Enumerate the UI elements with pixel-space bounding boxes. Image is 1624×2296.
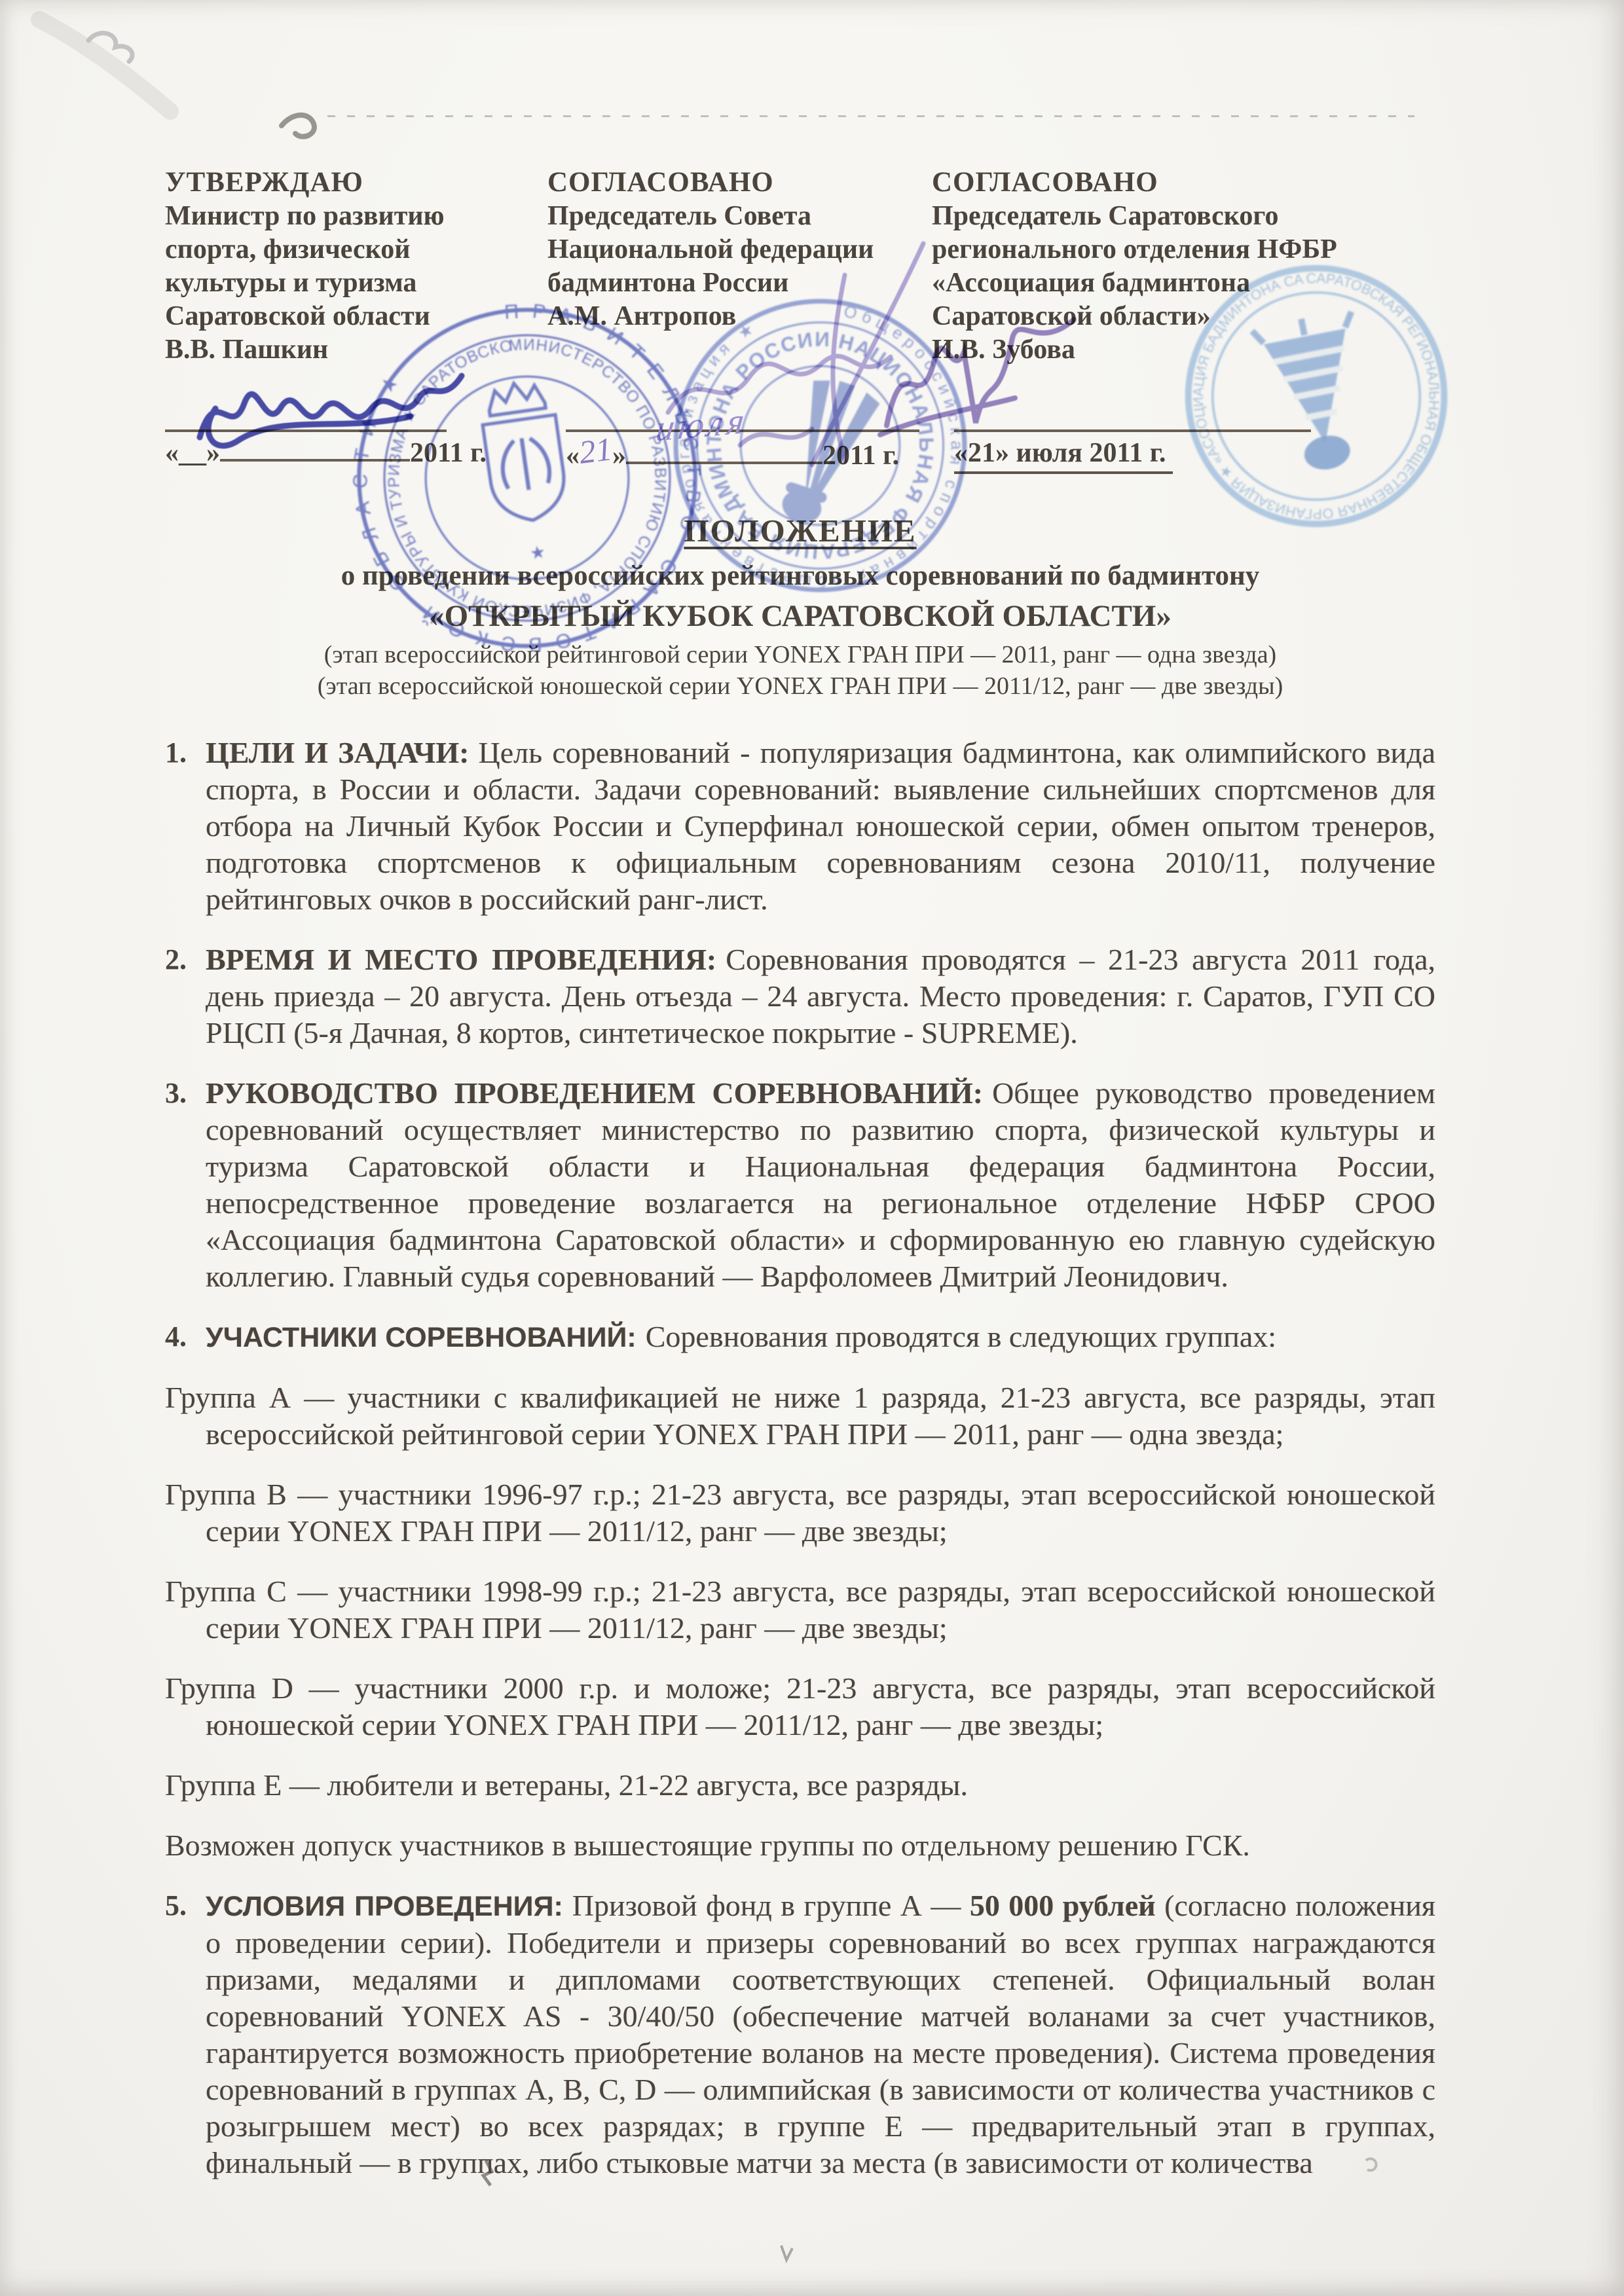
section-number: 5. — [165, 1887, 206, 2181]
section-conditions: 5. УСЛОВИЯ ПРОВЕДЕНИЯ:Призовой фонд в гр… — [165, 1887, 1435, 2181]
series-note-junior: (этап всероссийской юношеской серии YONE… — [165, 672, 1435, 701]
section-paragraph: (согласно положения о проведении серии).… — [206, 1889, 1435, 2179]
group-d-paragraph: Группа D — участники 2000 г.р. и моложе;… — [165, 1670, 1435, 1743]
approval-line: А.М. Антропов — [547, 300, 932, 333]
handwritten-day: 21 — [578, 431, 614, 469]
approval-line: культуры и туризма — [165, 266, 547, 300]
date-lines-row: «__»2011 г. «21»июля2011 г. «21» июля 20… — [165, 429, 1435, 474]
section-text: РУКОВОДСТВО ПРОВЕДЕНИЕМ СОРЕВНОВАНИЙ:Общ… — [206, 1075, 1435, 1295]
section-text: УЧАСТНИКИ СОРЕВНОВАНИЙ:Соревнования пров… — [206, 1319, 1435, 1356]
approval-header: УТВЕРЖДАЮ Министр по развитию спорта, фи… — [165, 166, 1435, 367]
tournament-name: «ОТКРЫТЫЙ КУБОК САРАТОВСКОЙ ОБЛАСТИ» — [165, 598, 1435, 634]
group-e-paragraph: Группа Е — любители и ветераны, 21-22 ав… — [165, 1767, 1435, 1804]
section-paragraph: Соревнования проводятся в следующих груп… — [646, 1320, 1276, 1353]
document-title: ПОЛОЖЕНИЕ — [165, 512, 1435, 549]
document-subtitle: о проведении всероссийских рейтинговых с… — [165, 560, 1435, 592]
scanned-document-page: УТВЕРЖДАЮ Министр по развитию спорта, фи… — [0, 0, 1624, 2296]
approval-line: Министр по развитию — [165, 200, 547, 233]
date-line: «21»июля2011 г. — [566, 436, 932, 473]
title-block: ПОЛОЖЕНИЕ о проведении всероссийских рей… — [165, 512, 1435, 701]
approval-line: «Ассоциация бадминтона — [932, 266, 1435, 300]
section-heading: УЧАСТНИКИ СОРЕВНОВАНИЙ: — [206, 1322, 637, 1353]
section-management: 3. РУКОВОДСТВО ПРОВЕДЕНИЕМ СОРЕВНОВАНИЙ:… — [165, 1075, 1435, 1295]
document-content: УТВЕРЖДАЮ Министр по развитию спорта, фи… — [0, 0, 1624, 2181]
approval-line: Национальной федерации — [547, 233, 932, 266]
section-goals: 1. ЦЕЛИ И ЗАДАЧИ:Цель соревнований - поп… — [165, 735, 1435, 918]
section-text: ЦЕЛИ И ЗАДАЧИ:Цель соревнований - популя… — [206, 735, 1435, 918]
approval-line: Председатель Совета — [547, 200, 932, 233]
date-blank-line: июля — [626, 439, 822, 464]
date-close-quote: » — [612, 441, 626, 471]
date-open-quote: « — [566, 441, 580, 471]
section-participants: 4. УЧАСТНИКИ СОРЕВНОВАНИЙ:Соревнования п… — [165, 1319, 1435, 1356]
approval-line: В.В. Пашкин — [165, 333, 547, 367]
section-paragraph: Призовой фонд в группе А — — [572, 1889, 970, 1922]
approval-line: Председатель Саратовского — [932, 200, 1435, 233]
section-number: 1. — [165, 735, 206, 918]
date-year: 2011 г. — [822, 441, 899, 471]
approval-line: регионального отделения НФБР — [932, 233, 1435, 266]
approval-heading: СОГЛАСОВАНО — [547, 166, 932, 200]
date-cell-regional: «21» июля 2011 г. — [932, 429, 1435, 474]
group-a-paragraph: Группа А — участники с квалификацией не … — [165, 1379, 1435, 1453]
signature-line — [165, 429, 447, 432]
date-line: «__»2011 г. — [165, 436, 547, 470]
section-text: УСЛОВИЯ ПРОВЕДЕНИЯ:Призовой фонд в групп… — [206, 1887, 1435, 2181]
approval-heading: УТВЕРЖДАЮ — [165, 166, 547, 200]
section-heading: ВРЕМЯ И МЕСТО ПРОВЕДЕНИЯ: — [206, 943, 716, 976]
section-heading: РУКОВОДСТВО ПРОВЕДЕНИЕМ СОРЕВНОВАНИЙ: — [206, 1076, 983, 1110]
section-number: 3. — [165, 1075, 206, 1295]
approval-column-agreed-federation: СОГЛАСОВАНО Председатель Совета Национал… — [547, 166, 932, 367]
prize-fund-amount: 50 000 рублей — [970, 1889, 1156, 1922]
section-number: 2. — [165, 941, 206, 1051]
section-heading: ЦЕЛИ И ЗАДАЧИ: — [206, 736, 469, 769]
date-cell-federation: «21»июля2011 г. — [547, 429, 932, 474]
section-heading: УСЛОВИЯ ПРОВЕДЕНИЯ: — [206, 1891, 563, 1922]
admission-note: Возможен допуск участников в вышестоящие… — [165, 1827, 1435, 1864]
series-note-adult: (этап всероссийской рейтинговой серии YO… — [165, 640, 1435, 669]
signature-line — [954, 429, 1311, 432]
approval-line: спорта, физической — [165, 233, 547, 266]
date-cell-approve: «__»2011 г. — [165, 429, 547, 474]
date-year: 2011 г. — [410, 438, 487, 468]
section-number: 4. — [165, 1319, 206, 1356]
date-open-quote: «__» — [165, 438, 220, 468]
group-b-paragraph: Группа В — участники 1996-97 г.р.; 21-23… — [165, 1476, 1435, 1550]
approval-line: Саратовской области» — [932, 300, 1435, 333]
date-full: «21» июля 2011 г. — [954, 436, 1173, 474]
approval-line: Саратовской области — [165, 300, 547, 333]
date-blank-line — [220, 437, 410, 462]
approval-column-approve: УТВЕРЖДАЮ Министр по развитию спорта, фи… — [165, 166, 547, 367]
approval-heading: СОГЛАСОВАНО — [932, 166, 1435, 200]
date-line: «21» июля 2011 г. — [954, 436, 1435, 474]
section-time-place: 2. ВРЕМЯ И МЕСТО ПРОВЕДЕНИЯ:Соревнования… — [165, 941, 1435, 1051]
document-body: 1. ЦЕЛИ И ЗАДАЧИ:Цель соревнований - поп… — [165, 735, 1435, 2181]
approval-line: И.В. Зубова — [932, 333, 1435, 367]
group-c-paragraph: Группа С — участники 1998-99 г.р.; 21-23… — [165, 1573, 1435, 1647]
approval-line: бадминтона России — [547, 266, 932, 300]
approval-column-agreed-regional: СОГЛАСОВАНО Председатель Саратовского ре… — [932, 166, 1435, 367]
handwritten-month: июля — [654, 403, 750, 446]
section-text: ВРЕМЯ И МЕСТО ПРОВЕДЕНИЯ:Соревнования пр… — [206, 941, 1435, 1051]
